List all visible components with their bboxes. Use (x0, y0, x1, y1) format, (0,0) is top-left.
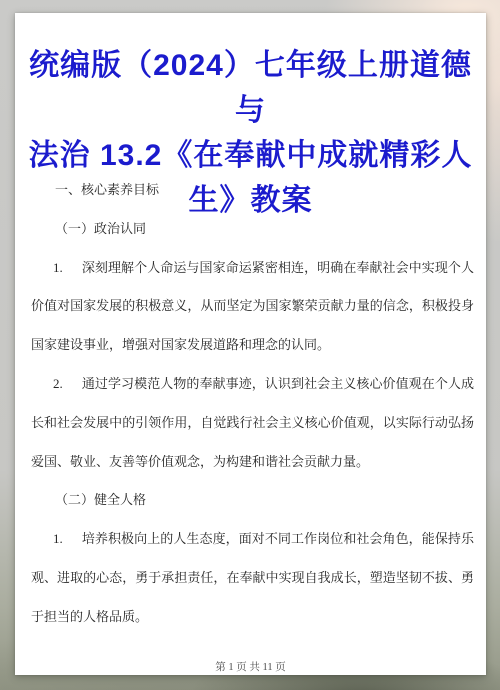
paragraph-number: 2. (53, 376, 63, 391)
document-title-line-1: 统编版（2024）七年级上册道德与 (15, 43, 486, 133)
paragraph-text: 培养积极向上的人生态度，面对不同工作岗位和社会角色，能保持乐观、进取的心态，勇于… (31, 531, 474, 624)
document-body: 一、核心素养目标 （一）政治认同 1.深刻理解个人命运与国家命运紧密相连，明确在… (31, 171, 474, 637)
paragraph-political-2: 2.通过学习模范人物的奉献事迹，认识到社会主义核心价值观在个人成长和社会发展中的… (31, 365, 474, 481)
section-heading-core-goals: 一、核心素养目标 (31, 171, 474, 210)
subsection-heading-sound-personality: （二）健全人格 (31, 481, 474, 520)
document-page: 统编版（2024）七年级上册道德与 法治 13.2《在奉献中成就精彩人 生》教案… (15, 13, 486, 675)
paragraph-number: 1. (53, 260, 63, 275)
photographed-document-background: { "colors": { "title_blue": "#1b1bcd", "… (0, 0, 500, 690)
paragraph-political-1: 1.深刻理解个人命运与国家命运紧密相连，明确在奉献社会中实现个人价值对国家发展的… (31, 249, 474, 365)
paragraph-text: 通过学习模范人物的奉献事迹，认识到社会主义核心价值观在个人成长和社会发展中的引领… (31, 376, 474, 469)
paragraph-personality-1: 1.培养积极向上的人生态度，面对不同工作岗位和社会角色，能保持乐观、进取的心态，… (31, 520, 474, 636)
paragraph-text: 深刻理解个人命运与国家命运紧密相连，明确在奉献社会中实现个人价值对国家发展的积极… (31, 260, 474, 353)
page-number-footer: 第 1 页 共 11 页 (15, 662, 486, 674)
paragraph-number: 1. (53, 531, 63, 546)
subsection-heading-political-identity: （一）政治认同 (31, 210, 474, 249)
